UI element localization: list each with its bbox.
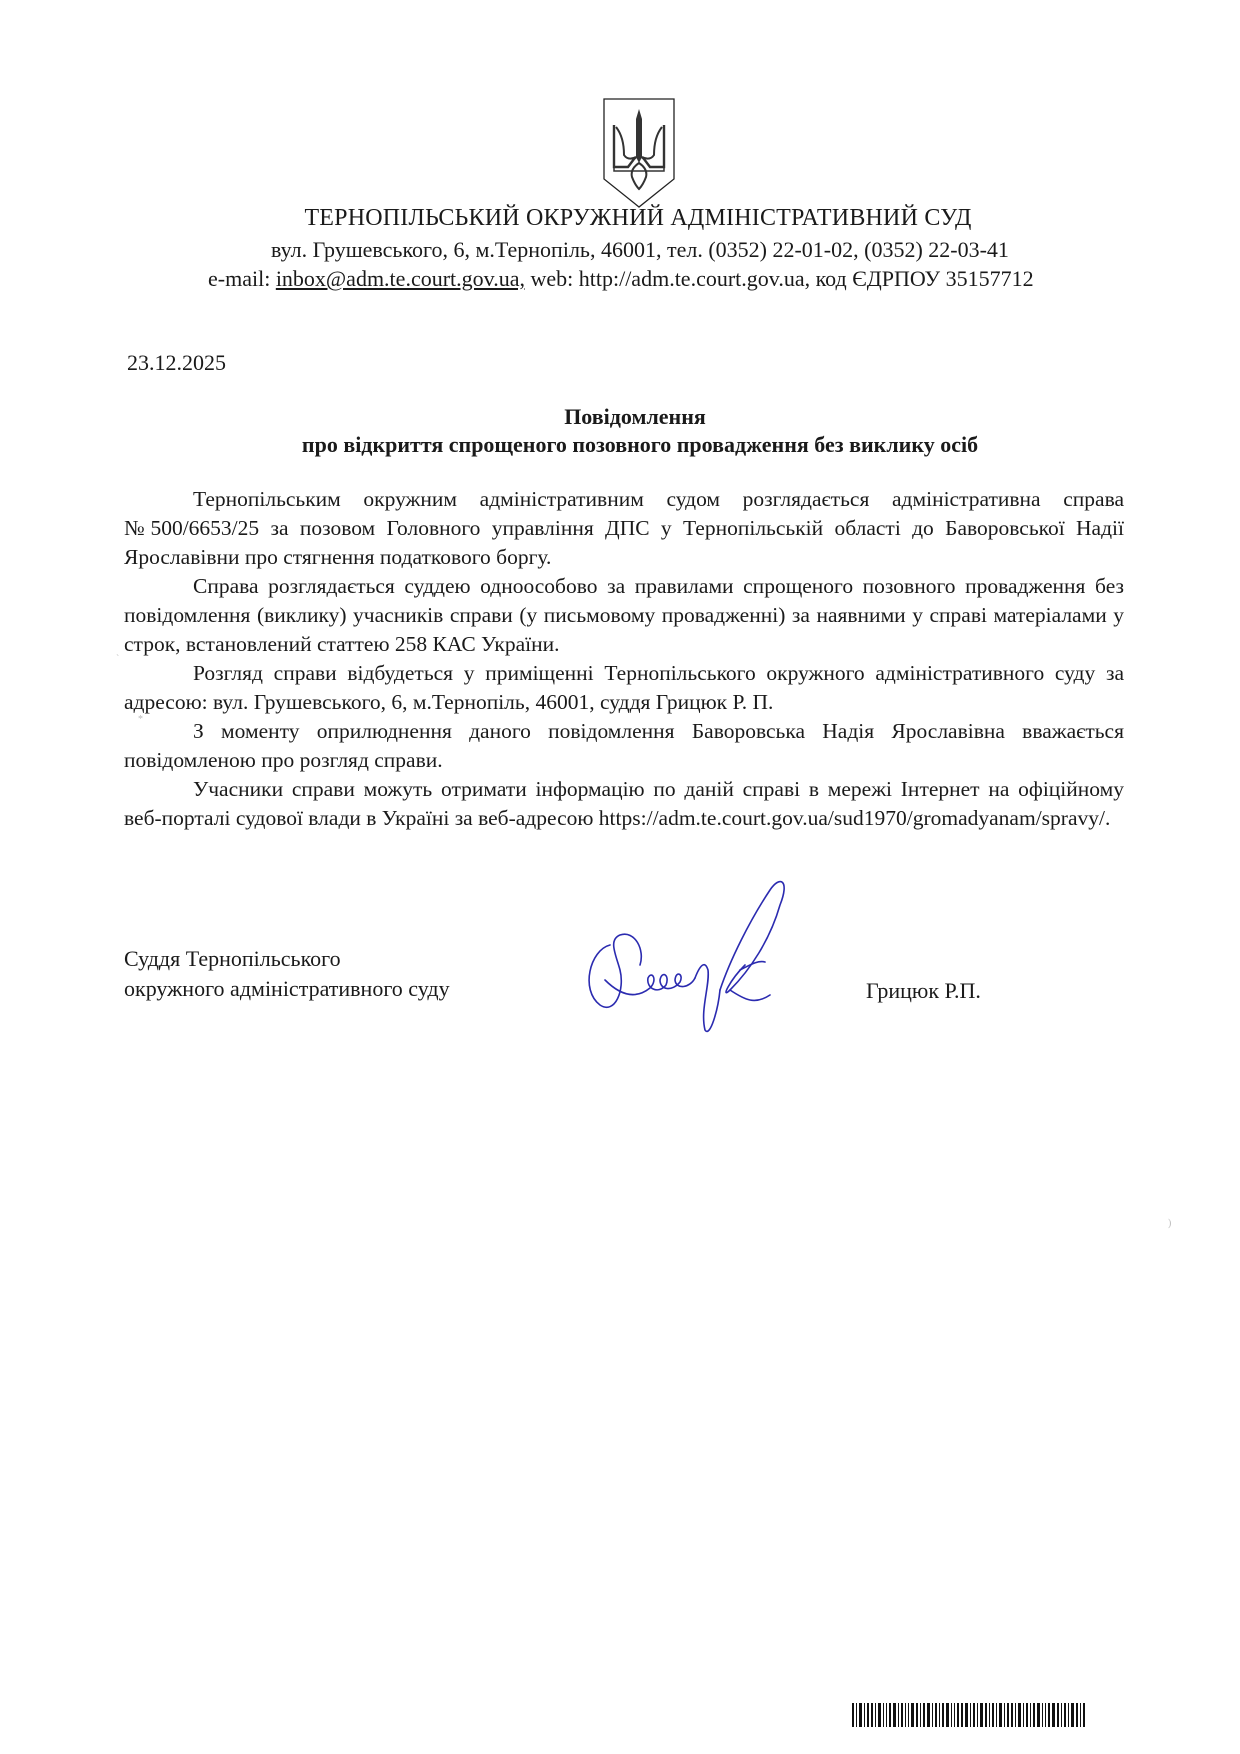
paragraph: Тернопільським окружним адміністративним… xyxy=(124,485,1124,572)
barcode xyxy=(852,1703,1172,1727)
paragraph: Учасники справи можуть отримати інформац… xyxy=(124,775,1124,833)
paragraph: Справа розглядається суддею одноособово … xyxy=(124,572,1124,659)
coat-of-arms-icon xyxy=(602,97,676,209)
email-link[interactable]: inbox@adm.te.court.gov.ua, xyxy=(276,266,525,291)
email-label: e-mail: xyxy=(208,266,276,291)
judge-position: Суддя Тернопільського окружного адмініст… xyxy=(124,944,450,1004)
signature-icon xyxy=(580,870,820,1040)
judge-name: Грицюк Р.П. xyxy=(866,978,981,1004)
court-address: вул. Грушевського, 6, м.Тернопіль, 46001… xyxy=(271,237,1009,263)
document-page: ТЕРНОПІЛЬСЬКИЙ ОКРУЖНИЙ АДМІНІСТРАТИВНИЙ… xyxy=(0,0,1240,1754)
scan-speck: ) xyxy=(1168,1218,1171,1229)
judge-position-line1: Суддя Тернопільського xyxy=(124,944,450,974)
document-date: 23.12.2025 xyxy=(127,350,226,376)
paragraph: З моменту оприлюднення даного повідомлен… xyxy=(124,717,1124,775)
scan-speck: * xyxy=(138,714,143,725)
court-name: ТЕРНОПІЛЬСЬКИЙ ОКРУЖНИЙ АДМІНІСТРАТИВНИЙ… xyxy=(0,205,1240,232)
court-contacts: e-mail: inbox@adm.te.court.gov.ua, web: … xyxy=(208,266,1034,292)
scan-speck: ` xyxy=(116,654,119,665)
paragraph: Розгляд справи відбудеться у приміщенні … xyxy=(124,659,1124,717)
judge-position-line2: окружного адміністративного суду xyxy=(124,974,450,1004)
web-and-code: web: http://adm.te.court.gov.ua, код ЄДР… xyxy=(525,266,1034,291)
notice-title: Повідомлення xyxy=(0,404,1240,430)
notice-body: Тернопільським окружним адміністративним… xyxy=(124,485,1124,833)
notice-subtitle: про відкриття спрощеного позовного прова… xyxy=(0,432,1240,458)
